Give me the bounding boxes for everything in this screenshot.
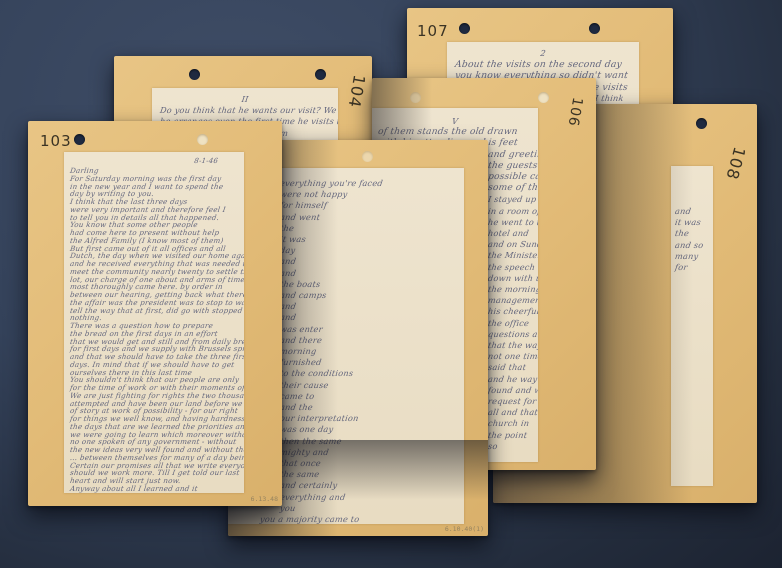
- letter-line: for: [674, 262, 710, 273]
- letter-line: morning: [279, 346, 457, 357]
- binder-hole: [189, 69, 200, 80]
- binder-hole: [459, 23, 470, 34]
- letter-line: and the: [279, 402, 457, 413]
- catalog-stamp: 6.13.48: [251, 495, 278, 503]
- handwritten-letter-sheet: 8-1-46 Darling For Saturday morning was …: [64, 152, 244, 493]
- letter-line: the boats: [279, 279, 457, 290]
- letter-line: Do you think that he wants our visit? We: [159, 105, 331, 116]
- letter-line: and: [279, 268, 457, 279]
- binder-hole: [696, 118, 707, 129]
- letter-line: and: [279, 301, 457, 312]
- archival-card-103: 103 8-1-46 Darling For Saturday morning …: [28, 121, 282, 506]
- letter-line: for himself: [279, 200, 457, 211]
- binder-hole: [315, 69, 326, 80]
- letter-line: mighty and: [279, 447, 457, 458]
- letter-line: and: [279, 256, 457, 267]
- page-number-label: 107: [417, 22, 449, 40]
- catalog-stamp: 6.10.40(1): [445, 525, 484, 533]
- letter-line: it was: [279, 234, 457, 245]
- page-number-label: 106: [564, 96, 585, 128]
- photo-scene: 107 2 About the visits on the second day…: [0, 0, 782, 568]
- letter-line: and there: [279, 335, 457, 346]
- letter-line: day: [279, 245, 457, 256]
- page-number-label: 104: [345, 73, 370, 109]
- letter-line: the same: [279, 469, 457, 480]
- letter-line: many: [674, 251, 710, 262]
- letter-line: of them stands the old drawn: [377, 127, 533, 138]
- binder-hole: [410, 92, 421, 103]
- letter-line: and went: [279, 212, 457, 223]
- letter-line: and certainly: [279, 480, 457, 491]
- letter-line: came to: [279, 391, 457, 402]
- page-number-label: 108: [722, 145, 749, 182]
- letter-line: the: [674, 228, 710, 239]
- binder-hole: [362, 151, 373, 162]
- letter-line: the: [279, 223, 457, 234]
- letter-line: you a majority came to: [259, 514, 457, 524]
- letter-line: was enter: [279, 324, 457, 335]
- letter-line: it was: [674, 217, 710, 228]
- letter-line: our interpretation: [279, 413, 457, 424]
- letter-line: you: [279, 503, 457, 514]
- letter-line: to the conditions: [279, 368, 457, 379]
- page-number-label: 103: [40, 132, 72, 150]
- binder-hole: [74, 134, 85, 145]
- letter-heading: II: [159, 94, 331, 105]
- letter-heading: V: [377, 116, 533, 127]
- letter-line: About the visits on the second day: [454, 59, 632, 70]
- letter-line: were not happy: [279, 189, 457, 200]
- letter-line: and so: [674, 240, 710, 251]
- binder-hole: [589, 23, 600, 34]
- letter-line: furnished: [279, 357, 457, 368]
- letter-line: that once: [279, 458, 457, 469]
- binder-hole: [197, 134, 208, 145]
- letter-line: then the same: [279, 436, 457, 447]
- letter-line: and: [279, 312, 457, 323]
- letter-line: their cause: [279, 380, 457, 391]
- letter-line: was one day: [279, 424, 457, 435]
- letter-line: and camps: [279, 290, 457, 301]
- letter-line: everything and: [279, 492, 457, 503]
- letter-line: everything you're faced: [279, 178, 457, 189]
- handwritten-letter-sheet: and it was the and so many for: [671, 166, 713, 486]
- binder-hole: [538, 92, 549, 103]
- letter-heading: 2: [454, 48, 632, 59]
- letter-line: and: [674, 206, 710, 217]
